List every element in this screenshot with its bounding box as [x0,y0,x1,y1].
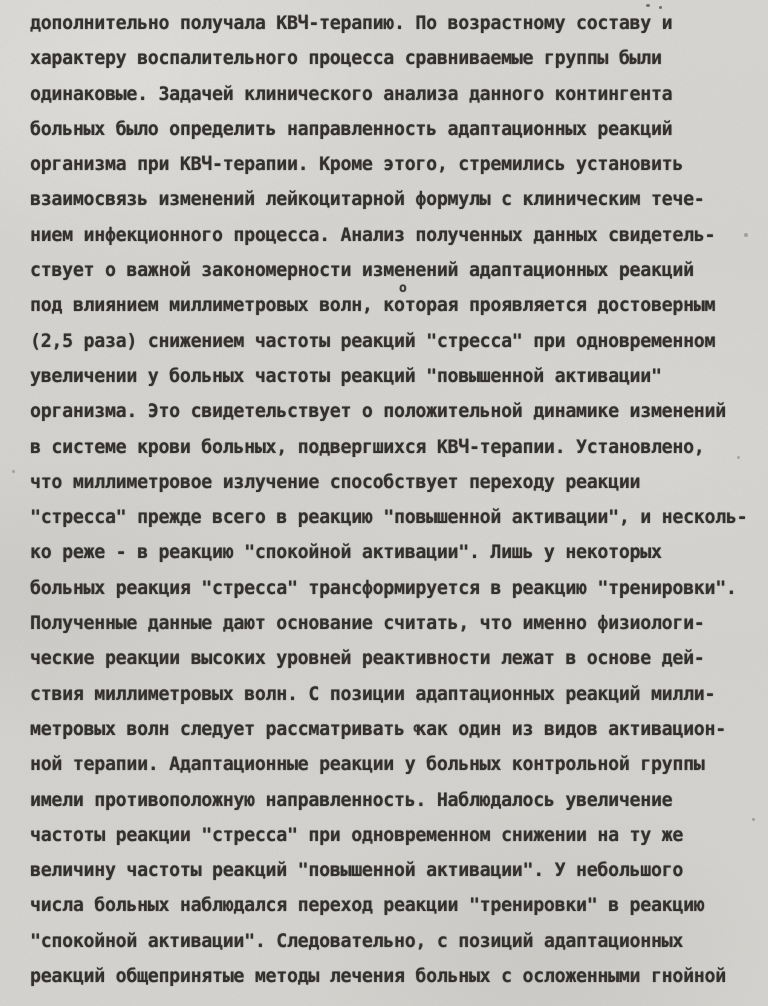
text-line: ной терапии. Адаптационные реакции у бол… [30,747,752,782]
text-line: взаимосвязь изменений лейкоцитарной форм… [30,182,752,217]
text-line: больных было определить направленность а… [30,112,752,147]
scan-speck [737,456,740,459]
stray-ink-mark: о [399,281,407,296]
text-line: ствия миллиметровых волн. С позиции адап… [30,677,752,712]
text-line: под влиянием миллиметровых волн, которая… [30,288,752,323]
text-line: реакций общепринятые методы лечения боль… [30,959,752,994]
scan-speck [752,818,755,821]
text-line: числа больных наблюдался переход реакции… [30,888,752,923]
text-line: ческие реакции высоких уровней реактивно… [30,641,752,676]
text-line: организма. Это свидетельствует о положит… [30,394,752,429]
text-line: величину частоты реакций "повышенной акт… [30,853,752,888]
text-line: характеру воспалительного процесса сравн… [30,41,752,76]
stray-ink-mark: о [413,721,421,736]
text-line: (2,5 раза) снижением частоты реакций "ст… [30,324,752,359]
text-line: ствует о важной закономерности изменений… [30,253,752,288]
text-line: одинаковые. Задачей клинического анализа… [30,77,752,112]
text-line: дополнительно получала КВЧ-терапию. По в… [30,6,752,41]
scan-speck [12,470,15,473]
text-line: больных реакция "стресса" трансформирует… [30,571,752,606]
text-line: в системе крови больных, подвергшихся КВ… [30,430,752,465]
page-text-block: дополнительно получала КВЧ-терапию. По в… [30,6,752,994]
text-line: нием инфекционного процесса. Анализ полу… [30,218,752,253]
text-line: организма при КВЧ-терапии. Кроме этого, … [30,147,752,182]
text-line: ко реже - в реакцию "спокойной активации… [30,535,752,570]
text-line: "спокойной активации". Следовательно, с … [30,924,752,959]
text-line: имели противоположную направленность. На… [30,783,752,818]
scanned-page: дополнительно получала КВЧ-терапию. По в… [0,0,768,1006]
scan-speck [659,6,662,9]
scan-speck [646,4,650,7]
text-line: метровых волн следует рассматривать как … [30,712,752,747]
text-line: увеличении у больных частоты реакций "по… [30,359,752,394]
text-line: Полученные данные дают основание считать… [30,606,752,641]
scan-speck [744,233,748,237]
text-line: что миллиметровое излучение способствует… [30,465,752,500]
text-line: частоты реакции "стресса" при одновремен… [30,818,752,853]
text-line: "стресса" прежде всего в реакцию "повыше… [30,500,752,535]
